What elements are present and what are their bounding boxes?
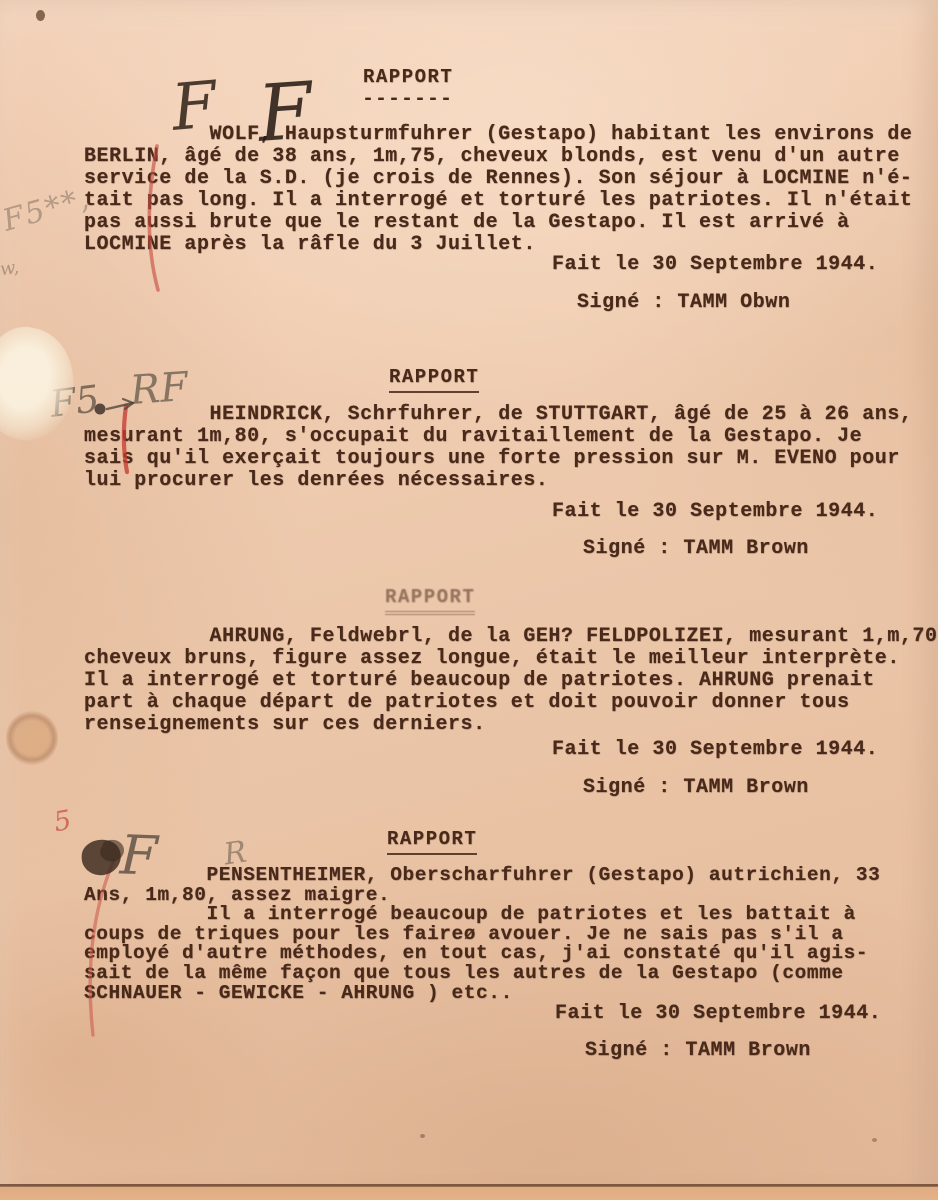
- ink-speck: [36, 10, 45, 21]
- pencil-r-mark: R: [222, 835, 249, 873]
- section-4-heading: RAPPORT: [387, 828, 477, 855]
- section-3-signature-line: Signé : TAMM Brown: [583, 777, 809, 799]
- dust-speck: [872, 1138, 877, 1142]
- section-2-date-line: Fait le 30 Septembre 1944.: [552, 501, 878, 523]
- section-1-heading: RAPPORT: [363, 66, 453, 88]
- section-2-heading: RAPPORT: [389, 366, 479, 393]
- section-4-body: PENSENTHEIMER, Oberscharfuhrer (Gestapo)…: [84, 866, 930, 1003]
- section-1-heading-underline: -------: [362, 88, 453, 111]
- section-3-heading: RAPPORT: [385, 586, 475, 615]
- section-4-date-line: Fait le 30 Septembre 1944.: [555, 1003, 881, 1025]
- pencil-code-f5: F5: [48, 377, 102, 426]
- faint-margin-code-f5: F5**,: [0, 180, 95, 238]
- scanned-report-page: RAPPORT ------- WOLF, Haupsturmfuhrer (G…: [0, 0, 938, 1200]
- section-2-body: HEINDRICK, Schrfuhrer, de STUTTGART, âgé…: [84, 404, 930, 492]
- section-1-signature-line: Signé : TAMM Obwn: [577, 292, 790, 314]
- red-margin-5: 5: [51, 805, 73, 839]
- section-2-signature-line: Signé : TAMM Brown: [583, 538, 809, 560]
- ink-f-mark-left: F: [169, 68, 220, 146]
- section-1-date-line: Fait le 30 Septembre 1944.: [552, 254, 878, 276]
- section-3-body: AHRUNG, Feldwebrl, de la GEH? FELDPOLIZE…: [84, 626, 930, 736]
- ink-f-mark-right: F: [255, 66, 315, 160]
- section-4-signature-line: Signé : TAMM Brown: [585, 1040, 811, 1062]
- round-stain: [6, 710, 58, 766]
- dust-speck: [420, 1134, 425, 1138]
- pencil-f-mark: F: [119, 823, 159, 887]
- section-1-body: WOLF, Haupsturmfuhrer (Gestapo) habitant…: [84, 124, 930, 256]
- pencil-code-rf: RF: [128, 364, 189, 414]
- pencil-w-mark: w,: [0, 257, 20, 280]
- paper-bottom-edge: [0, 1184, 938, 1200]
- section-3-date-line: Fait le 30 Septembre 1944.: [552, 739, 878, 761]
